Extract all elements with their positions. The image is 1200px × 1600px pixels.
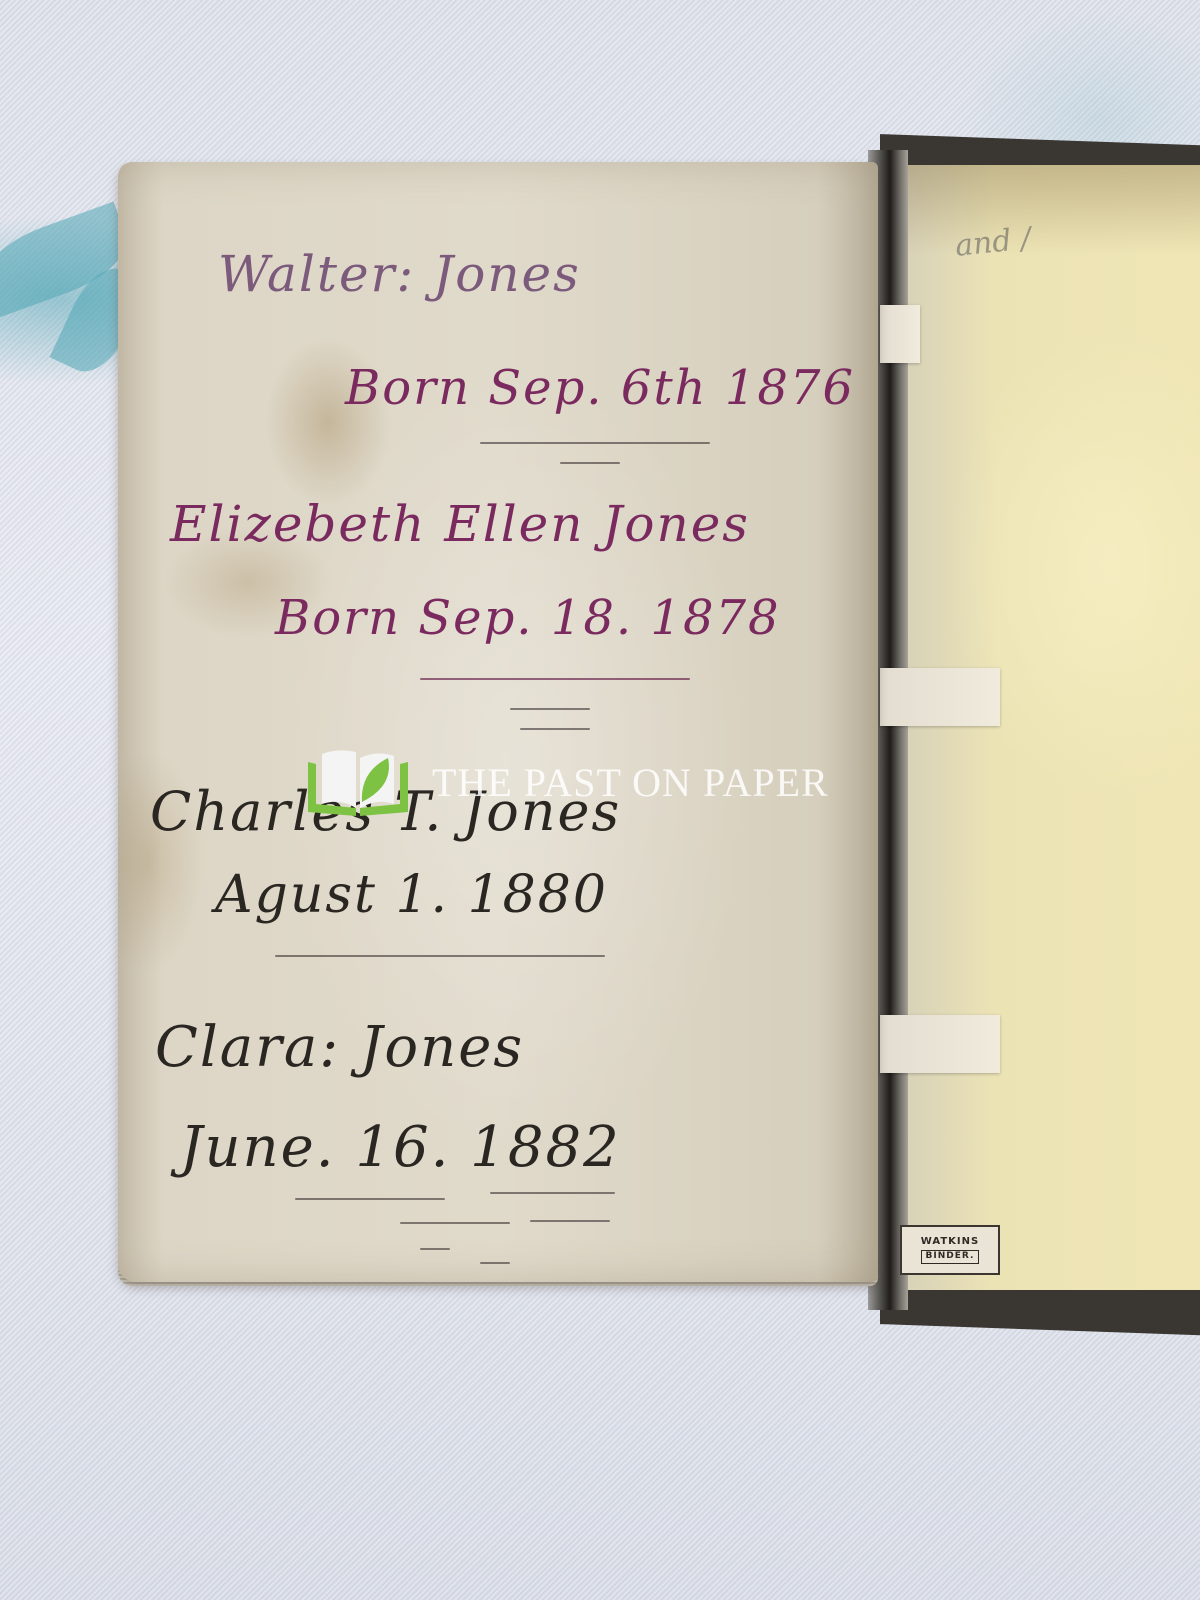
underline bbox=[560, 462, 620, 464]
binding-tab bbox=[880, 668, 1000, 726]
underline bbox=[400, 1222, 510, 1224]
watermark: THE PAST ON PAPER bbox=[298, 742, 829, 822]
record-name-2: Elizebeth Ellen Jones bbox=[170, 495, 750, 553]
underline bbox=[480, 1262, 510, 1264]
record-name-1: Walter: Jones bbox=[218, 245, 581, 303]
open-book-leaf-icon bbox=[298, 742, 418, 822]
record-date-3: Agust 1. 1880 bbox=[215, 865, 608, 925]
underline bbox=[530, 1220, 610, 1222]
underline bbox=[510, 708, 590, 710]
binder-label: WATKINS BINDER. bbox=[900, 1225, 1000, 1275]
underline bbox=[480, 442, 710, 444]
binding-tab bbox=[880, 1015, 1000, 1073]
record-name-4: Clara: Jones bbox=[155, 1015, 524, 1080]
watermark-text: THE PAST ON PAPER bbox=[432, 759, 829, 806]
binding-tab bbox=[880, 305, 920, 363]
record-date-1: Born Sep. 6th 1876 bbox=[345, 360, 855, 416]
underline bbox=[420, 1248, 450, 1250]
underline bbox=[275, 955, 605, 957]
underline bbox=[295, 1198, 445, 1200]
record-date-4: June. 16. 1882 bbox=[180, 1115, 621, 1180]
endpaper-page bbox=[906, 165, 1200, 1290]
underline bbox=[490, 1192, 615, 1194]
underline bbox=[420, 678, 690, 680]
binder-label-line2: BINDER. bbox=[921, 1250, 980, 1264]
record-page bbox=[118, 162, 878, 1282]
binder-label-line1: WATKINS bbox=[921, 1236, 979, 1247]
record-date-2: Born Sep. 18. 1878 bbox=[275, 590, 781, 646]
underline bbox=[520, 728, 590, 730]
